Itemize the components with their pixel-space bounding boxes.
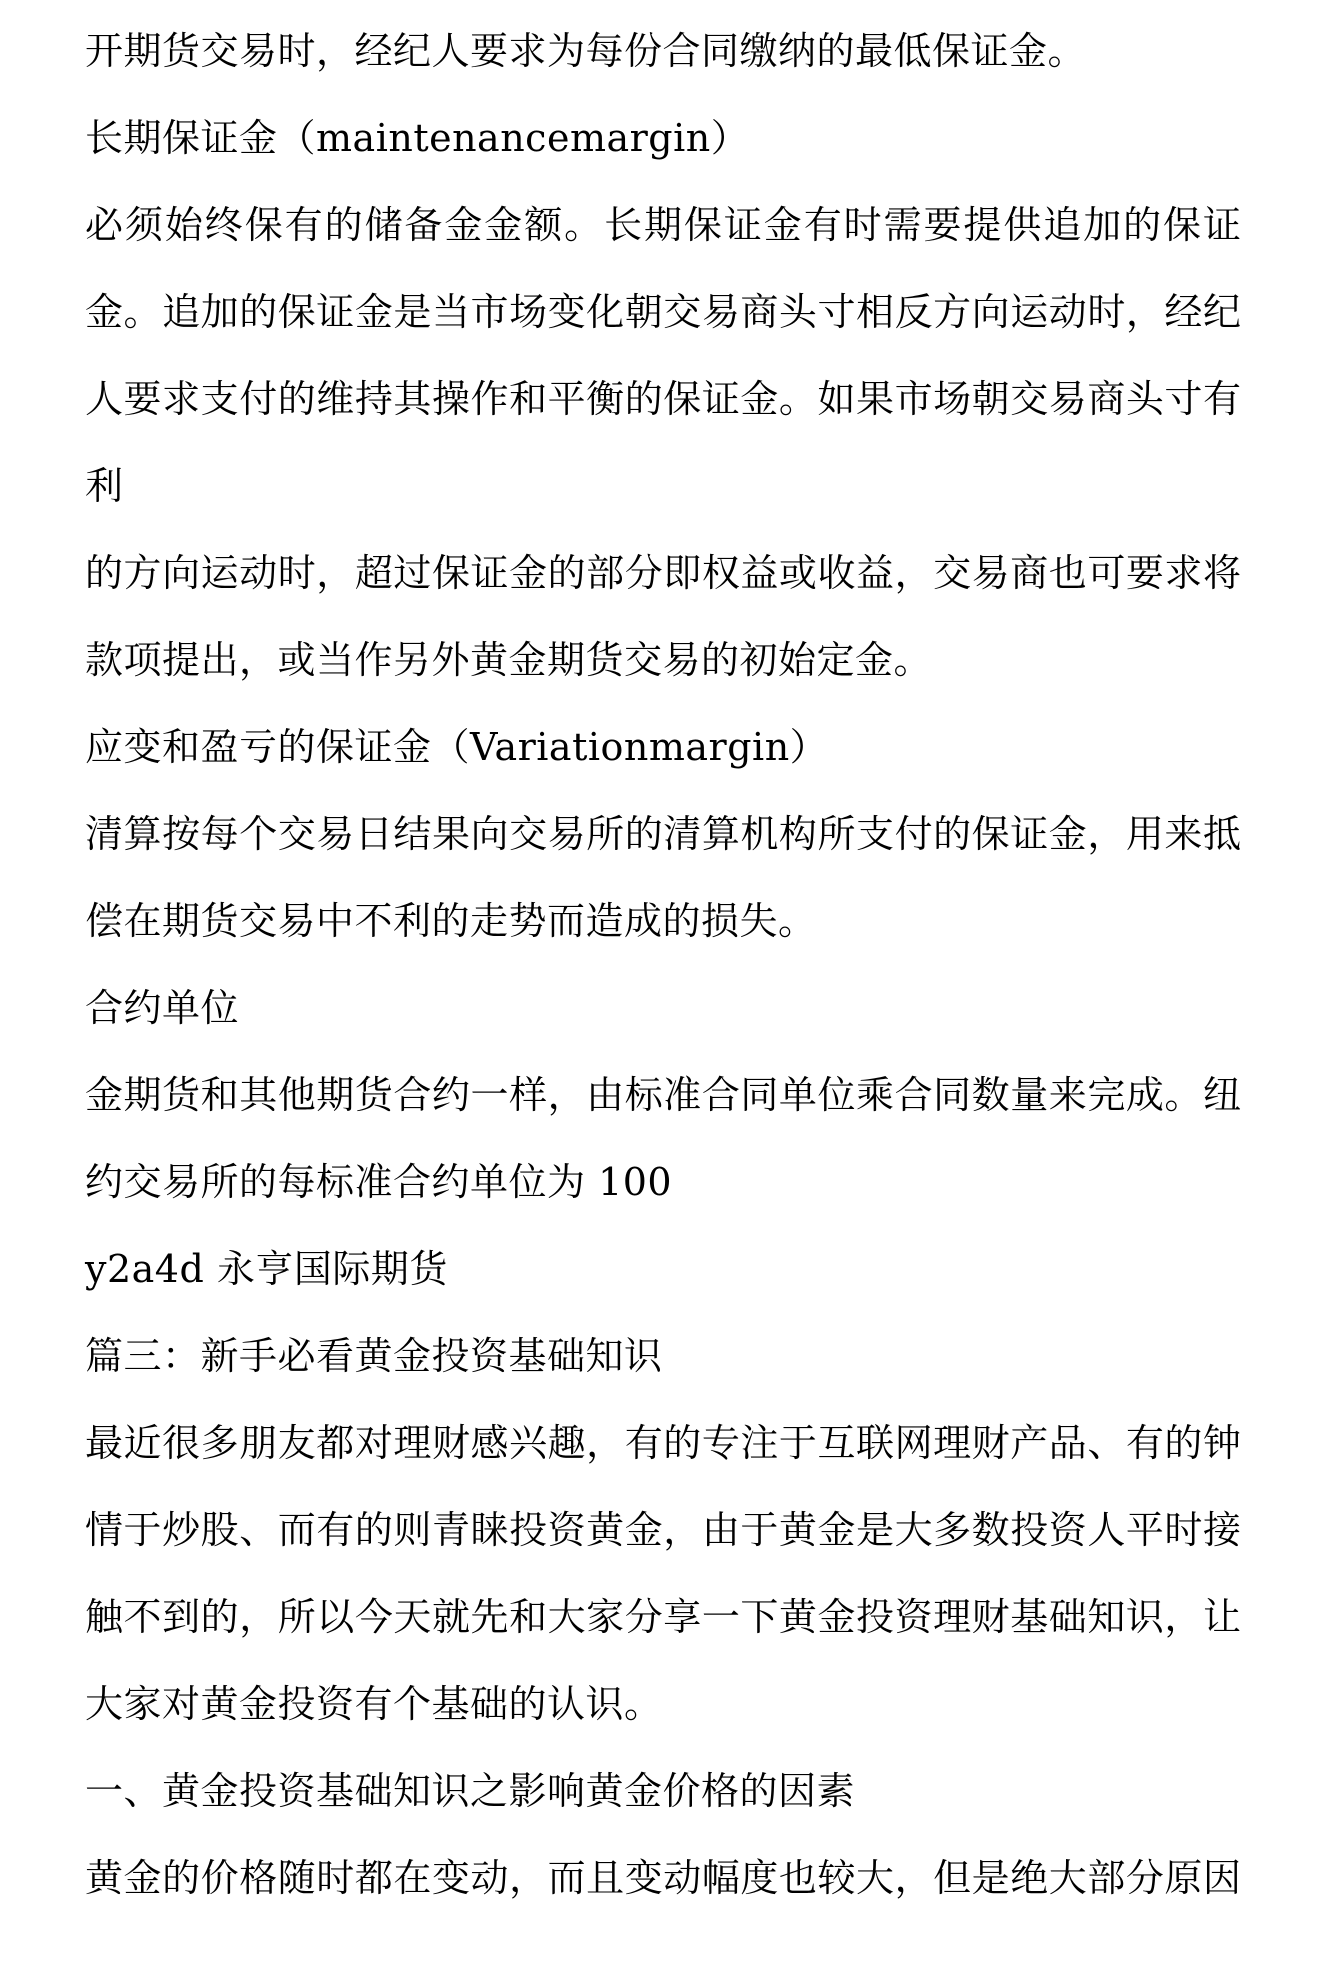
text-line: 约交易所的每标准合约单位为 100 [85, 1139, 1241, 1226]
text-line: 人要求支付的维持其操作和平衡的保证金。如果市场朝交易商头寸有 [85, 356, 1241, 443]
text-line: 金期货和其他期货合约一样，由标准合同单位乘合同数量来完成。纽 [85, 1052, 1241, 1139]
text-line: 一、黄金投资基础知识之影响黄金价格的因素 [85, 1748, 1241, 1835]
text-line: 长期保证金（maintenancemargin） [85, 95, 1241, 182]
text-line: 的方向运动时，超过保证金的部分即权益或收益，交易商也可要求将 [85, 530, 1241, 617]
text-line: 最近很多朋友都对理财感兴趣，有的专注于互联网理财产品、有的钟 [85, 1400, 1241, 1487]
text-line: 情于炒股、而有的则青睐投资黄金，由于黄金是大多数投资人平时接 [85, 1487, 1241, 1574]
document-page: 开期货交易时，经纪人要求为每份合同缴纳的最低保证金。 长期保证金（mainten… [85, 8, 1241, 1922]
text-line: 利 [85, 443, 1241, 530]
text-line: 大家对黄金投资有个基础的认识。 [85, 1661, 1241, 1748]
text-line: 开期货交易时，经纪人要求为每份合同缴纳的最低保证金。 [85, 8, 1241, 95]
text-line: 触不到的，所以今天就先和大家分享一下黄金投资理财基础知识，让 [85, 1574, 1241, 1661]
text-line: 篇三：新手必看黄金投资基础知识 [85, 1313, 1241, 1400]
text-line: y2a4d 永亨国际期货 [85, 1226, 1241, 1313]
text-line: 款项提出，或当作另外黄金期货交易的初始定金。 [85, 617, 1241, 704]
text-line: 清算按每个交易日结果向交易所的清算机构所支付的保证金，用来抵 [85, 791, 1241, 878]
text-line: 偿在期货交易中不利的走势而造成的损失。 [85, 878, 1241, 965]
text-line: 金。追加的保证金是当市场变化朝交易商头寸相反方向运动时，经纪 [85, 269, 1241, 356]
text-line: 黄金的价格随时都在变动，而且变动幅度也较大，但是绝大部分原因 [85, 1835, 1241, 1922]
text-line: 必须始终保有的储备金金额。长期保证金有时需要提供追加的保证 [85, 182, 1241, 269]
text-line: 合约单位 [85, 965, 1241, 1052]
text-line: 应变和盈亏的保证金（Variationmargin） [85, 704, 1241, 791]
